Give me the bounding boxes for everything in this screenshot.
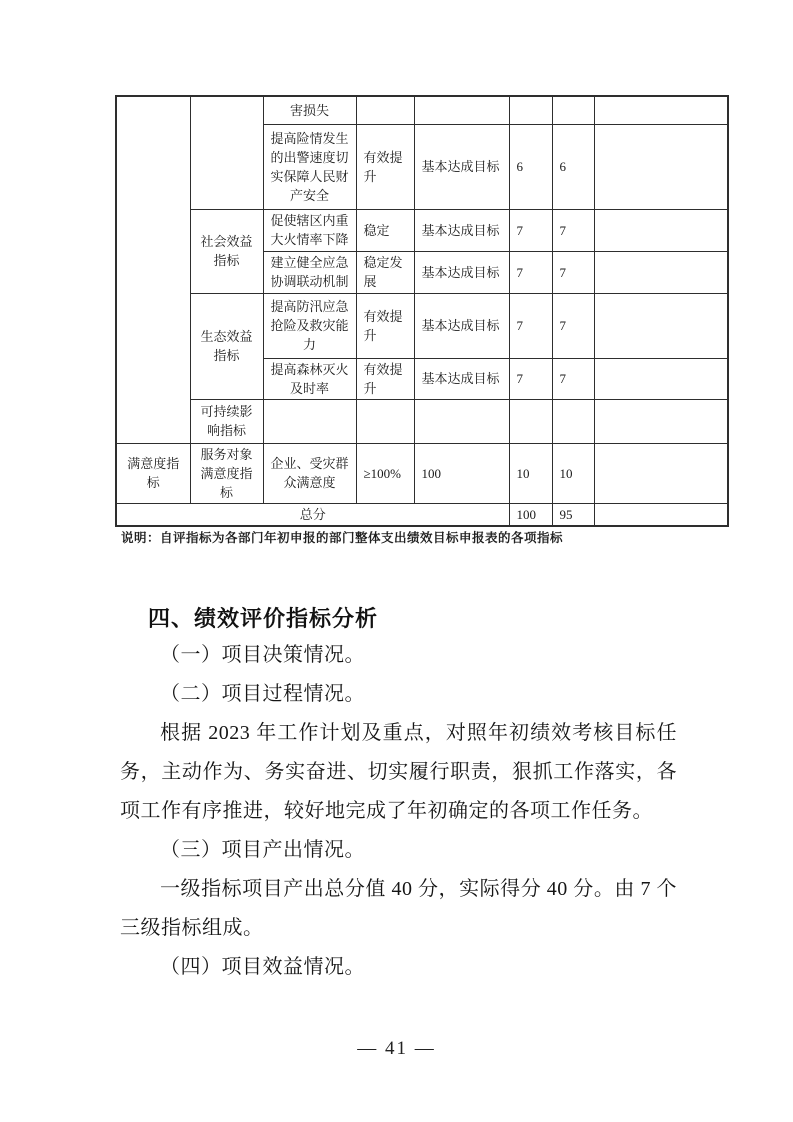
remark-cell xyxy=(594,96,728,124)
target-cell: 有效提升 xyxy=(356,293,414,358)
table-row: 生态效益指标 提高防汛应急抢险及救灾能力 有效提升 基本达成目标 7 7 xyxy=(116,293,728,358)
body-text: （一）项目决策情况。 （二）项目过程情况。 根据 2023 年工作计划及重点，对… xyxy=(120,636,677,987)
completion-cell xyxy=(414,399,509,443)
level2-indicator-cell: 服务对象满意度指标 xyxy=(190,443,263,503)
remark-cell xyxy=(594,399,728,443)
level2-indicator-cell: 生态效益指标 xyxy=(190,293,263,399)
level2-indicator-cell: 可持续影响指标 xyxy=(190,399,263,443)
paragraph: （一）项目决策情况。 xyxy=(120,636,677,675)
score-cell xyxy=(509,399,552,443)
score-cell: 6 xyxy=(509,124,552,209)
indicator-cell: 害损失 xyxy=(263,96,356,124)
table-row: 害损失 xyxy=(116,96,728,124)
remark-cell xyxy=(594,293,728,358)
level1-indicator-cell: 满意度指标 xyxy=(116,443,190,503)
total-score-cell: 100 xyxy=(509,503,552,526)
target-cell: 有效提升 xyxy=(356,124,414,209)
completion-cell: 基本达成目标 xyxy=(414,358,509,399)
completion-cell: 基本达成目标 xyxy=(414,209,509,251)
self-score-cell: 7 xyxy=(552,209,594,251)
completion-cell: 基本达成目标 xyxy=(414,124,509,209)
paragraph: （二）项目过程情况。 xyxy=(120,675,677,714)
self-score-cell: 7 xyxy=(552,251,594,293)
target-cell: 稳定 xyxy=(356,209,414,251)
self-score-cell: 6 xyxy=(552,124,594,209)
indicator-cell: 企业、受灾群众满意度 xyxy=(263,443,356,503)
total-remark-cell xyxy=(594,503,728,526)
paragraph: 根据 2023 年工作计划及重点，对照年初绩效考核目标任务，主动作为、务实奋进、… xyxy=(120,714,677,831)
self-score-cell: 10 xyxy=(552,443,594,503)
indicator-cell xyxy=(263,399,356,443)
score-cell: 7 xyxy=(509,251,552,293)
score-cell: 7 xyxy=(509,209,552,251)
level1-indicator-cell xyxy=(116,96,190,443)
self-score-cell: 7 xyxy=(552,293,594,358)
completion-cell: 基本达成目标 xyxy=(414,251,509,293)
indicator-cell: 建立健全应急协调联动机制 xyxy=(263,251,356,293)
paragraph: （四）项目效益情况。 xyxy=(120,948,677,987)
remark-cell xyxy=(594,124,728,209)
target-cell xyxy=(356,399,414,443)
table-total-row: 总分 100 95 xyxy=(116,503,728,526)
paragraph: （三）项目产出情况。 xyxy=(120,831,677,870)
target-cell: 有效提升 xyxy=(356,358,414,399)
completion-cell: 基本达成目标 xyxy=(414,293,509,358)
target-cell: ≥100% xyxy=(356,443,414,503)
total-self-score-cell: 95 xyxy=(552,503,594,526)
self-score-cell: 7 xyxy=(552,358,594,399)
indicator-cell: 提高防汛应急抢险及救灾能力 xyxy=(263,293,356,358)
remark-cell xyxy=(594,251,728,293)
level2-indicator-cell xyxy=(190,96,263,209)
performance-indicator-table: 害损失 提高险情发生的出警速度切实保障人民财产安全 有效提升 基本达成目标 6 … xyxy=(115,95,729,527)
target-cell: 稳定发展 xyxy=(356,251,414,293)
level2-indicator-cell: 社会效益指标 xyxy=(190,209,263,293)
target-cell xyxy=(356,96,414,124)
remark-cell xyxy=(594,443,728,503)
score-cell: 7 xyxy=(509,293,552,358)
score-cell xyxy=(509,96,552,124)
remark-cell xyxy=(594,209,728,251)
self-score-cell xyxy=(552,399,594,443)
self-score-cell xyxy=(552,96,594,124)
table-note: 说明：自评指标为各部门年初申报的部门整体支出绩效目标申报表的各项指标 xyxy=(121,530,681,547)
indicator-cell: 提高险情发生的出警速度切实保障人民财产安全 xyxy=(263,124,356,209)
total-label-cell: 总分 xyxy=(116,503,509,526)
indicator-cell: 促使辖区内重大火情率下降 xyxy=(263,209,356,251)
score-cell: 7 xyxy=(509,358,552,399)
completion-cell xyxy=(414,96,509,124)
completion-cell: 100 xyxy=(414,443,509,503)
table-row: 社会效益指标 促使辖区内重大火情率下降 稳定 基本达成目标 7 7 xyxy=(116,209,728,251)
table-row: 满意度指标 服务对象满意度指标 企业、受灾群众满意度 ≥100% 100 10 … xyxy=(116,443,728,503)
page-number: — 41 — xyxy=(0,1038,793,1060)
paragraph: 一级指标项目产出总分值 40 分，实际得分 40 分。由 7 个三级指标组成。 xyxy=(120,870,677,948)
table-row: 可持续影响指标 xyxy=(116,399,728,443)
indicator-cell: 提高森林灭火及时率 xyxy=(263,358,356,399)
remark-cell xyxy=(594,358,728,399)
section-heading: 四、绩效评价指标分析 xyxy=(120,602,680,633)
score-cell: 10 xyxy=(509,443,552,503)
document-page: 害损失 提高险情发生的出警速度切实保障人民财产安全 有效提升 基本达成目标 6 … xyxy=(0,0,793,1122)
